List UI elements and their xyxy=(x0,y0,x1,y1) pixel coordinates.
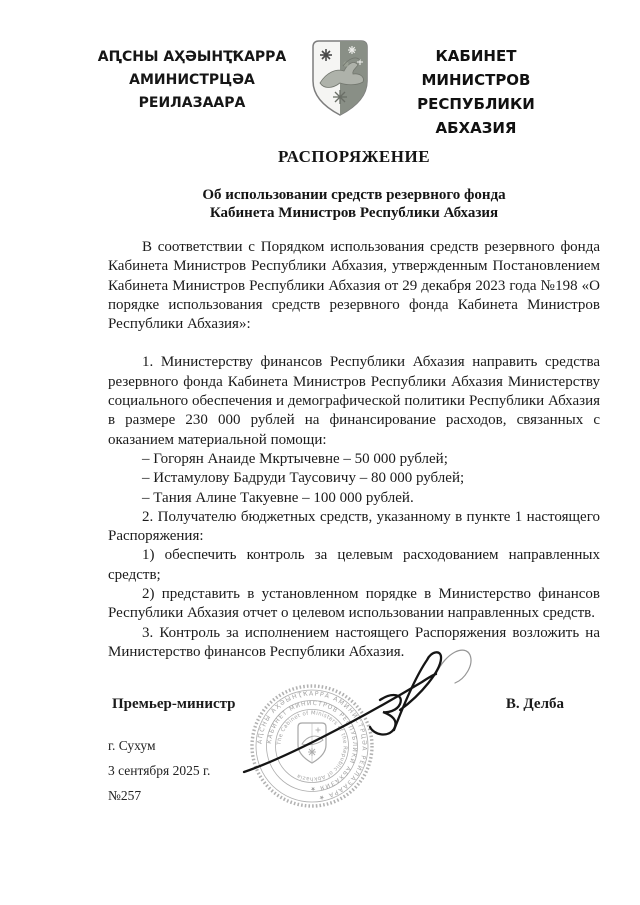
issuer-abkhazian-line2: АМИНИСТРЦӘА РЕИЛАЗААРА xyxy=(86,69,298,115)
signatory-name: В. Делба xyxy=(506,696,564,713)
document-page: АԤСНЫ АҲӘЫНҬҞАРРА АМИНИСТРЦӘА РЕИЛАЗААРА xyxy=(0,0,640,905)
body-paragraph: 1. Министерству финансов Республики Абха… xyxy=(108,353,600,449)
body-paragraph: В соответствии с Порядком использования … xyxy=(108,238,600,334)
handwritten-signature xyxy=(170,638,480,788)
issuer-name-abkhazian: АԤСНЫ АҲӘЫНҬҞАРРА АМИНИСТРЦӘА РЕИЛАЗААРА xyxy=(86,46,298,115)
abkhazia-coat-of-arms-icon xyxy=(309,37,371,119)
body-paragraph: – Тания Алине Такуевне – 100 000 рублей. xyxy=(108,489,600,508)
issuer-russian-line2: РЕСПУБЛИКИ АБХАЗИЯ xyxy=(386,92,566,140)
body-paragraph: 2) представить в установленном порядке в… xyxy=(108,585,600,624)
body-paragraph: 2. Получателю бюджетных средств, указанн… xyxy=(108,508,600,547)
body-paragraph: – Гогорян Анаиде Мкртычевне – 50 000 руб… xyxy=(108,450,600,469)
document-type-title: РАСПОРЯЖЕНИЕ xyxy=(108,147,600,167)
issuer-russian-line1: КАБИНЕТ МИНИСТРОВ xyxy=(386,44,566,92)
document-subject-line2: Кабинета Министров Республики Абхазия xyxy=(108,204,600,222)
body-paragraph: – Истамулову Бадруди Таусовичу – 80 000 … xyxy=(108,469,600,488)
document-body: В соответствии с Порядком использования … xyxy=(108,238,600,662)
body-paragraph: 1) обеспечить контроль за целевым расход… xyxy=(108,546,600,585)
issuer-name-russian: КАБИНЕТ МИНИСТРОВ РЕСПУБЛИКИ АБХАЗИЯ xyxy=(386,44,566,140)
document-subject-line1: Об использовании средств резервного фонд… xyxy=(108,186,600,204)
document-subject: Об использовании средств резервного фонд… xyxy=(108,186,600,222)
issuer-abkhazian-line1: АԤСНЫ АҲӘЫНҬҞАРРА xyxy=(86,46,298,69)
